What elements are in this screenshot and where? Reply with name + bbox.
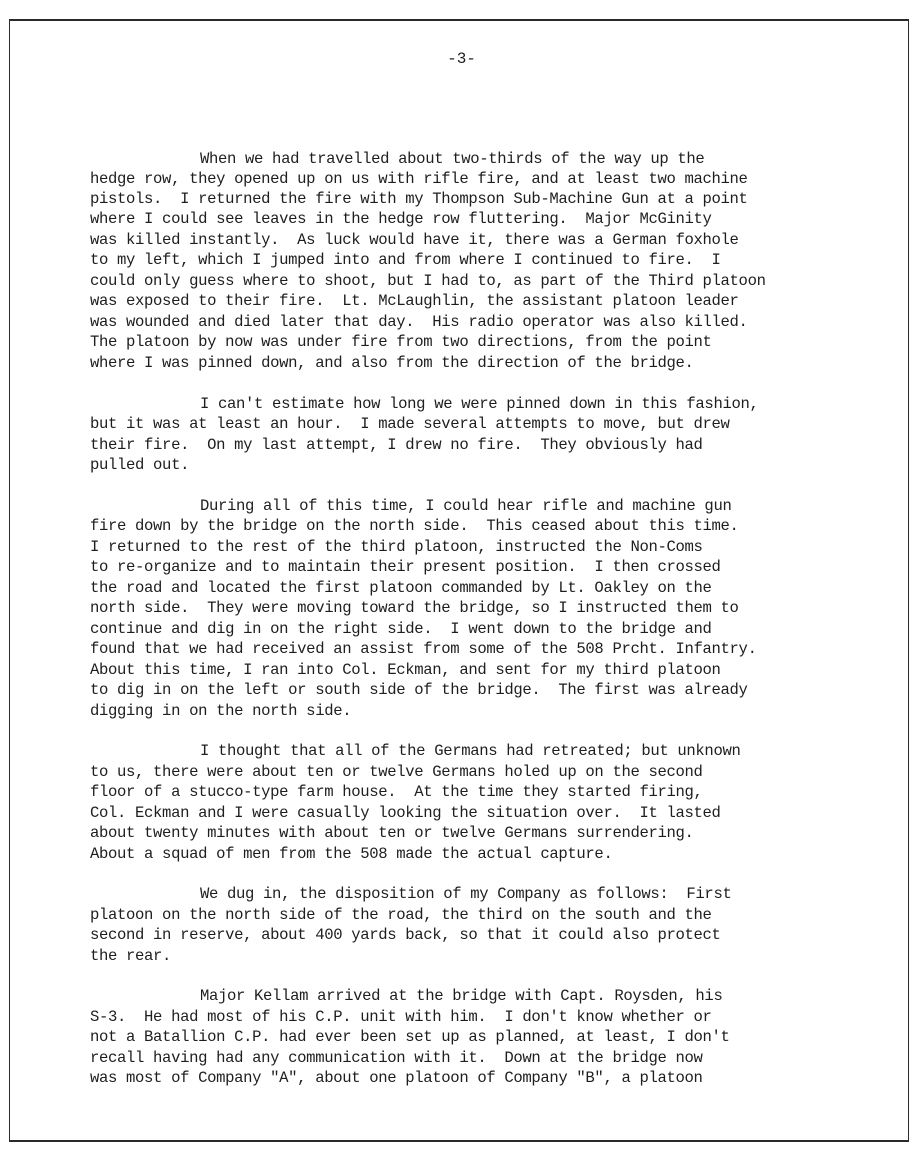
paragraph-1-line-7: could only guess where to shoot, but I h… <box>90 271 766 291</box>
paragraph-5-line-3: second in reserve, about 400 yards back,… <box>90 925 721 945</box>
paragraph-2-line-2: but it was at least an hour. I made seve… <box>90 414 730 434</box>
paragraph-3-line-8: found that we had received an assist fro… <box>90 639 757 659</box>
paragraph-1-line-1: When we had travelled about two-thirds o… <box>200 149 704 169</box>
paragraph-3-line-2: fire down by the bridge on the north sid… <box>90 516 739 536</box>
paragraph-3-line-9: About this time, I ran into Col. Eckman,… <box>90 660 721 680</box>
paragraph-4-line-6: About a squad of men from the 508 made t… <box>90 844 612 864</box>
paragraph-6-line-5: was most of Company "A", about one plato… <box>90 1068 703 1088</box>
paragraph-1-line-5: was killed instantly. As luck would have… <box>90 230 739 250</box>
paragraph-3-line-3: I returned to the rest of the third plat… <box>90 537 703 557</box>
paragraph-6-line-2: S-3. He had most of his C.P. unit with h… <box>90 1007 712 1027</box>
paragraph-3-line-6: north side. They were moving toward the … <box>90 598 739 618</box>
paragraph-1-line-6: to my left, which I jumped into and from… <box>90 250 721 270</box>
paragraph-1-line-2: hedge row, they opened up on us with rif… <box>90 169 748 189</box>
paragraph-5-line-1: We dug in, the disposition of my Company… <box>200 884 731 904</box>
paragraph-4-line-1: I thought that all of the Germans had re… <box>200 741 740 761</box>
paragraph-3-line-7: continue and dig in on the right side. I… <box>90 619 712 639</box>
paragraph-3-line-5: the road and located the first platoon c… <box>90 578 712 598</box>
paragraph-3-line-1: During all of this time, I could hear ri… <box>200 496 731 516</box>
paragraph-4-line-5: about twenty minutes with about ten or t… <box>90 823 694 843</box>
paragraph-1-line-10: The platoon by now was under fire from t… <box>90 332 712 352</box>
paragraph-1-line-11: where I was pinned down, and also from t… <box>90 353 694 373</box>
paragraph-1-line-9: was wounded and died later that day. His… <box>90 312 748 332</box>
paragraph-4-line-4: Col. Eckman and I were casually looking … <box>90 803 721 823</box>
paragraph-1-line-8: was exposed to their fire. Lt. McLaughli… <box>90 291 739 311</box>
paragraph-1-line-3: pistols. I returned the fire with my Tho… <box>90 189 748 209</box>
paragraph-3-line-11: digging in on the north side. <box>90 701 351 721</box>
paragraph-4-line-2: to us, there were about ten or twelve Ge… <box>90 762 703 782</box>
paragraph-6-line-3: not a Batallion C.P. had ever been set u… <box>90 1027 730 1047</box>
page-number: -3- <box>0 50 923 68</box>
paragraph-2-line-3: their fire. On my last attempt, I drew n… <box>90 435 703 455</box>
paragraph-2-line-1: I can't estimate how long we were pinned… <box>200 394 758 414</box>
paragraph-3-line-10: to dig in on the left or south side of t… <box>90 680 748 700</box>
paragraph-4-line-3: floor of a stucco-type farm house. At th… <box>90 782 703 802</box>
paragraph-6-line-1: Major Kellam arrived at the bridge with … <box>200 986 722 1006</box>
paragraph-2-line-4: pulled out. <box>90 455 189 475</box>
paragraph-6-line-4: recall having had any communication with… <box>90 1048 703 1068</box>
paragraph-5-line-2: platoon on the north side of the road, t… <box>90 905 712 925</box>
paragraph-1-line-4: where I could see leaves in the hedge ro… <box>90 209 712 229</box>
paragraph-3-line-4: to re-organize and to maintain their pre… <box>90 557 721 577</box>
paragraph-5-line-4: the rear. <box>90 946 171 966</box>
